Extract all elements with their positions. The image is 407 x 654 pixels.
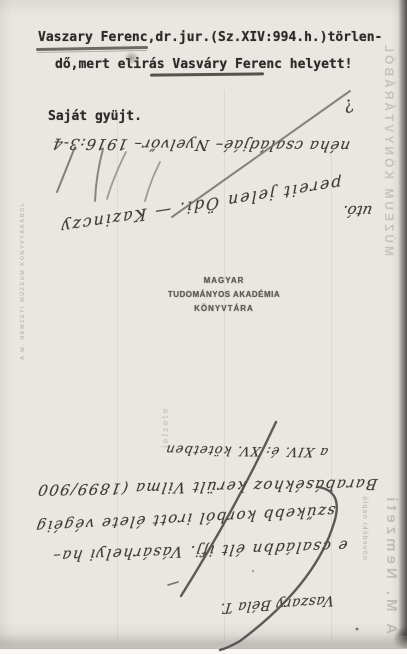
- strike-lines: [0, 0, 407, 654]
- catalog-card: Vaszary Ferenc,dr.jur.(Sz.XIV:994.h.)tör…: [0, 0, 407, 654]
